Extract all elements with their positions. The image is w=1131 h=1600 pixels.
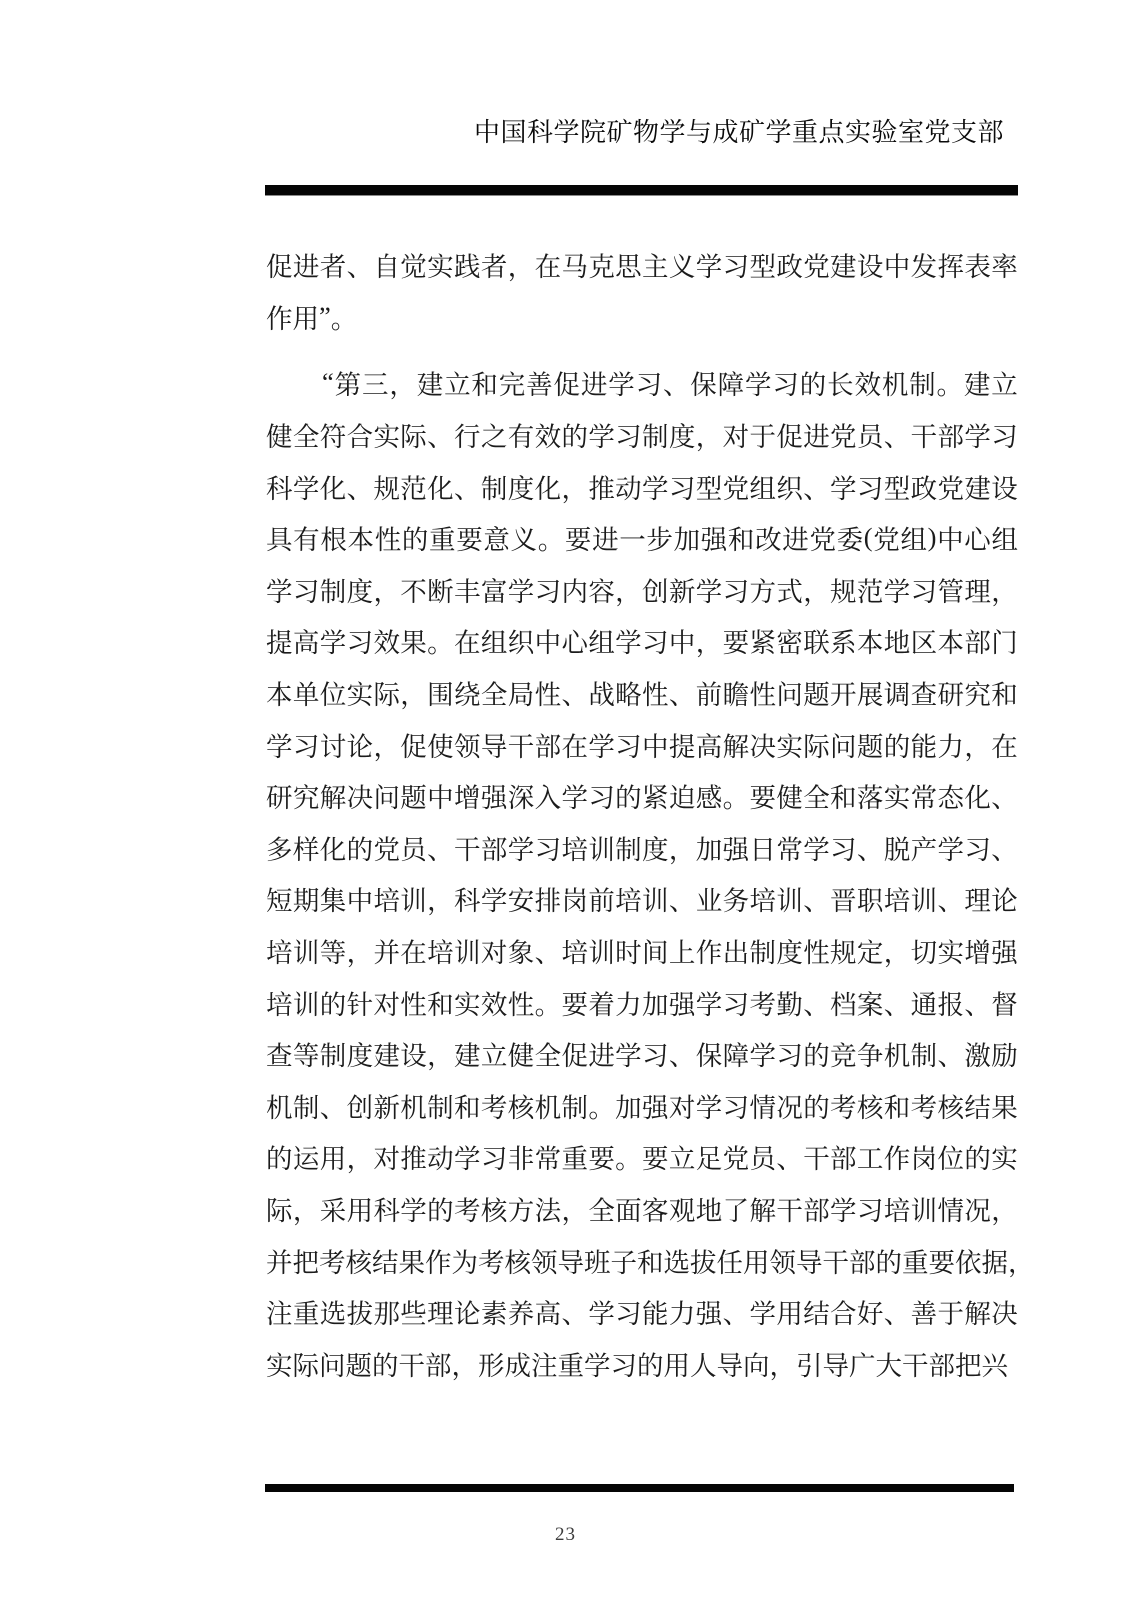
text-line: 研究解决问题中增强深入学习的紧迫感。要健全和落实常态化、 bbox=[266, 770, 1018, 822]
text-line: 多样化的党员、干部学习培训制度，加强日常学习、脱产学习、 bbox=[266, 822, 1018, 874]
text-line: 健全符合实际、行之有效的学习制度，对于促进党员、干部学习 bbox=[266, 409, 1018, 461]
text-line: 作用”。 bbox=[266, 291, 1018, 343]
text-line: 提高学习效果。在组织中心组学习中，要紧密联系本地区本部门 bbox=[266, 615, 1018, 667]
text-line: 短期集中培训，科学安排岗前培训、业务培训、晋职培训、理论 bbox=[266, 873, 1018, 925]
paragraph: 促进者、自觉实践者，在马克思主义学习型政党建设中发挥表率作用”。 bbox=[266, 239, 1018, 342]
text-line: 具有根本性的重要意义。要进一步加强和改进党委(党组)中心组 bbox=[266, 512, 1018, 564]
header-title: 中国科学院矿物学与成矿学重点实验室党支部 bbox=[474, 112, 1004, 149]
text-line: 学习制度，不断丰富学习内容，创新学习方式，规范学习管理， bbox=[266, 564, 1018, 616]
paragraph: “第三，建立和完善促进学习、保障学习的长效机制。建立健全符合实际、行之有效的学习… bbox=[266, 357, 1018, 1389]
text-line: 并把考核结果作为考核领导班子和选拔任用领导干部的重要依据， bbox=[266, 1234, 1018, 1286]
text-line: 注重选拔那些理论素养高、学习能力强、学用结合好、善于解决 bbox=[266, 1286, 1018, 1338]
text-line: 促进者、自觉实践者，在马克思主义学习型政党建设中发挥表率 bbox=[266, 239, 1018, 291]
text-line: 的运用，对推动学习非常重要。要立足党员、干部工作岗位的实 bbox=[266, 1131, 1018, 1183]
text-line: 培训等，并在培训对象、培训时间上作出制度性规定，切实增强 bbox=[266, 925, 1018, 977]
text-line: “第三，建立和完善促进学习、保障学习的长效机制。建立 bbox=[266, 357, 1018, 409]
text-line: 培训的针对性和实效性。要着力加强学习考勤、档案、通报、督 bbox=[266, 976, 1018, 1028]
document-body: 促进者、自觉实践者，在马克思主义学习型政党建设中发挥表率作用”。“第三，建立和完… bbox=[266, 239, 1018, 1389]
document-page: 中国科学院矿物学与成矿学重点实验室党支部 促进者、自觉实践者，在马克思主义学习型… bbox=[0, 0, 1131, 1600]
text-line: 本单位实际，围绕全局性、战略性、前瞻性问题开展调查研究和 bbox=[266, 667, 1018, 719]
footer-rule bbox=[265, 1484, 1014, 1492]
header-rule bbox=[265, 185, 1018, 196]
text-line: 际，采用科学的考核方法，全面客观地了解干部学习培训情况， bbox=[266, 1183, 1018, 1235]
text-line: 机制、创新机制和考核机制。加强对学习情况的考核和考核结果 bbox=[266, 1080, 1018, 1132]
text-line: 实际问题的干部，形成注重学习的用人导向，引导广大干部把兴 bbox=[266, 1337, 1018, 1389]
page-number: 23 bbox=[0, 1524, 1131, 1546]
text-line: 学习讨论，促使领导干部在学习中提高解决实际问题的能力，在 bbox=[266, 718, 1018, 770]
text-line: 科学化、规范化、制度化，推动学习型党组织、学习型政党建设 bbox=[266, 460, 1018, 512]
text-line: 查等制度建设，建立健全促进学习、保障学习的竞争机制、激励 bbox=[266, 1028, 1018, 1080]
